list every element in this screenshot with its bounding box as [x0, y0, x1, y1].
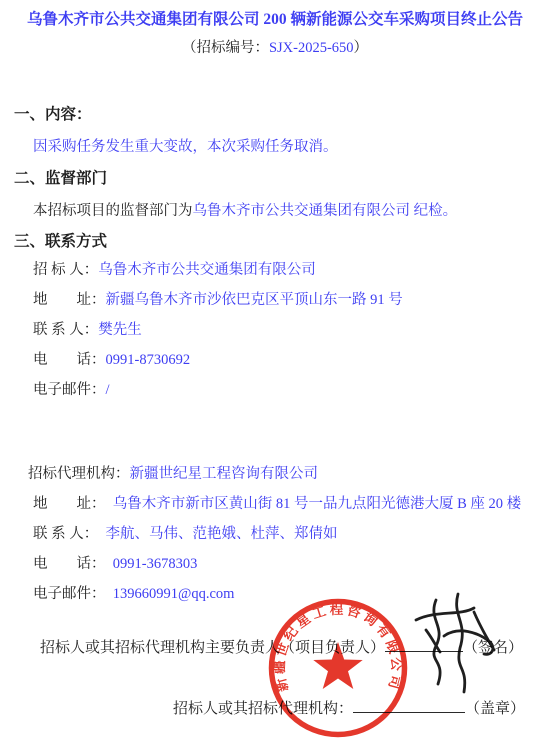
page-title: 乌鲁木齐市公共交通集团有限公司 200 辆新能源公交车采购项目终止公告	[0, 0, 550, 30]
tenderer-contact-block: 招 标 人：乌鲁木齐市公共交通集团有限公司 地 址：新疆乌鲁木齐市沙依巴克区平顶…	[0, 263, 550, 398]
field-value: 乌鲁木齐市新市区黄山街 81 号一品九点阳光德港大厦 B 座 20 楼	[113, 496, 521, 512]
field-value: 新疆乌鲁木齐市沙依巴克区平顶山东一路 91 号	[106, 292, 403, 308]
tender-number-suffix: ）	[354, 40, 369, 56]
agency-row: 电 话： 0991-3678303	[33, 557, 550, 572]
field-value: 乌鲁木齐市公共交通集团有限公司	[98, 262, 316, 278]
tender-number-line: （招标编号：SJX-2025-650）	[0, 39, 550, 58]
section-heading-contact: 三、联系方式	[14, 233, 550, 250]
announcement-document: 乌鲁木齐市公共交通集团有限公司 200 辆新能源公交车采购项目终止公告 （招标编…	[0, 0, 550, 752]
field-label: 电子邮件：	[33, 382, 106, 398]
tenderer-row: 电 话：0991-8730692	[33, 353, 550, 368]
agency-contact-block: 招标代理机构：新疆世纪星工程咨询有限公司 地 址： 乌鲁木齐市新市区黄山街 81…	[0, 467, 550, 602]
field-label: 地 址：	[33, 292, 106, 308]
handwritten-signature	[402, 586, 502, 706]
field-value: 0991-3678303	[113, 556, 198, 572]
field-label: 电子邮件：	[33, 586, 113, 602]
tender-number-code: SJX-2025-650	[269, 40, 354, 56]
supervision-body-highlight: 乌鲁木齐市公共交通集团有限公司 纪检。	[193, 203, 458, 219]
agency-row: 联 系 人： 李航、马伟、范艳娥、杜萍、郑倩如	[33, 527, 550, 542]
tenderer-row: 招 标 人：乌鲁木齐市公共交通集团有限公司	[33, 263, 550, 278]
tender-number-prefix: （招标编号：	[182, 40, 269, 56]
star-icon	[313, 642, 362, 689]
company-seal-stamp-icon: 新疆世纪星工程咨询有限公司	[266, 596, 410, 740]
tenderer-row: 地 址：新疆乌鲁木齐市沙依巴克区平顶山东一路 91 号	[33, 293, 550, 308]
agency-row: 招标代理机构：新疆世纪星工程咨询有限公司	[28, 467, 550, 482]
field-value: 0991-8730692	[106, 352, 191, 368]
field-value: 李航、马伟、范艳娥、杜萍、郑倩如	[106, 526, 338, 542]
agency-row: 地 址： 乌鲁木齐市新市区黄山街 81 号一品九点阳光德港大厦 B 座 20 楼	[33, 497, 550, 512]
tenderer-row: 联 系 人：樊先生	[33, 323, 550, 338]
field-value: 樊先生	[98, 322, 142, 338]
field-value: 新疆世纪星工程咨询有限公司	[130, 466, 319, 482]
field-label: 招 标 人：	[33, 262, 98, 278]
field-value: /	[106, 382, 110, 398]
tenderer-row: 电子邮件：/	[33, 383, 550, 398]
supervision-body-prefix: 本招标项目的监督部门为	[33, 203, 193, 219]
field-label: 联 系 人：	[33, 322, 98, 338]
field-label: 电 话：	[33, 556, 113, 572]
section-heading-content: 一、内容：	[14, 106, 550, 123]
field-label: 联 系 人：	[33, 526, 106, 542]
field-label: 招标代理机构：	[28, 466, 130, 482]
block-spacer	[0, 413, 550, 454]
field-label: 地 址：	[33, 496, 113, 512]
content-body: 因采购任务发生重大变故，本次采购任务取消。	[33, 139, 550, 155]
field-label: 电 话：	[33, 352, 106, 368]
section-heading-supervision: 二、监督部门	[14, 170, 550, 187]
field-value: 139660991@qq.com	[113, 586, 235, 602]
supervision-body: 本招标项目的监督部门为乌鲁木齐市公共交通集团有限公司 纪检。	[33, 203, 550, 219]
